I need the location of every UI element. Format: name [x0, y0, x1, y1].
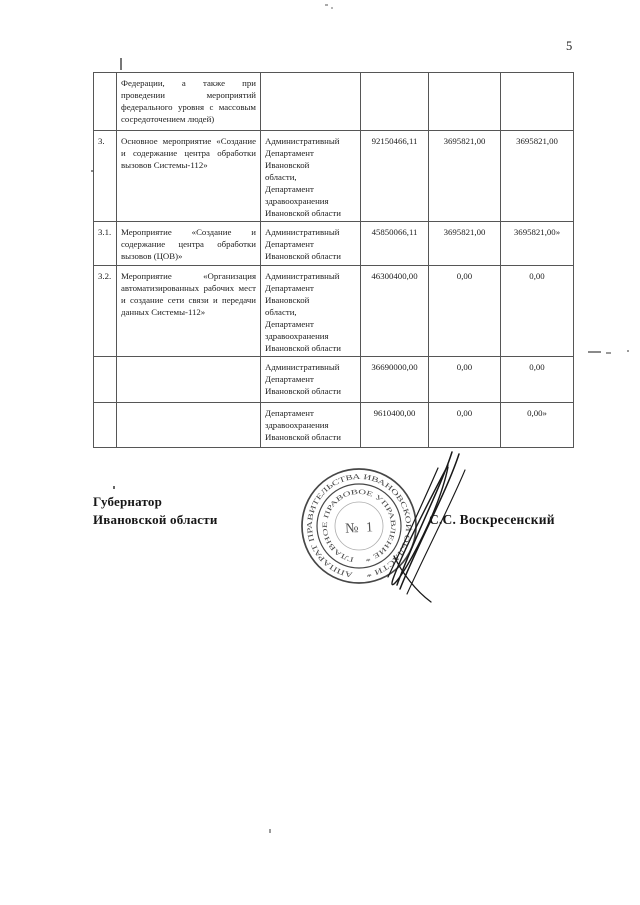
measure-name-cell: Основное мероприятие «Создание и содержа… [117, 131, 261, 222]
amount-cell: 0,00 [501, 357, 574, 403]
row-number-cell: 3.1. [94, 222, 117, 266]
amount-cell [429, 73, 501, 131]
table-row: 3.1. Мероприятие «Создание и содержание … [94, 222, 574, 266]
official-stamp: АППАРАТ ПРАВИТЕЛЬСТВА ИВАНОВСКОЙ ОБЛАСТИ… [302, 469, 416, 583]
measure-name-cell [117, 403, 261, 448]
scan-artifact [606, 352, 611, 354]
executor-cell [261, 73, 361, 131]
stamp-center-circle [335, 502, 383, 550]
amount-cell: 0,00 [429, 403, 501, 448]
amount-cell: 46300400,00 [361, 266, 429, 357]
scan-artifact [113, 486, 115, 489]
amount-cell: 0,00 [429, 266, 501, 357]
measure-name-cell: Мероприятие «Организация автоматизирован… [117, 266, 261, 357]
amount-cell [501, 73, 574, 131]
row-number-cell: 3. [94, 131, 117, 222]
amount-cell: 45850066,11 [361, 222, 429, 266]
table-row: 3. Основное мероприятие «Создание и соде… [94, 131, 574, 222]
scan-artifact [120, 58, 122, 70]
signer-title-line2: Ивановской области [93, 511, 218, 529]
executor-cell: Административный Департамент Ивановской … [261, 131, 361, 222]
program-table: Федерации, а также при проведении меропр… [93, 72, 574, 448]
measure-name-cell: Федерации, а также при проведении меропр… [117, 73, 261, 131]
page-number: 5 [566, 39, 572, 54]
amount-cell: 3695821,00» [501, 222, 574, 266]
amount-cell: 92150466,11 [361, 131, 429, 222]
table-row: Федерации, а также при проведении меропр… [94, 73, 574, 131]
signer-title-line1: Губернатор [93, 493, 218, 511]
table-row: 3.2. Мероприятие «Организация автоматизи… [94, 266, 574, 357]
row-number-cell [94, 403, 117, 448]
stamp-outer-text: АППАРАТ ПРАВИТЕЛЬСТВА ИВАНОВСКОЙ ОБЛАСТИ… [305, 472, 413, 580]
amount-cell: 0,00 [501, 266, 574, 357]
signer-name: С.С. Воскресенский [429, 512, 555, 528]
stamp-outer-circle [302, 469, 416, 583]
scan-artifact [269, 829, 271, 833]
amount-cell: 0,00 [429, 357, 501, 403]
amount-cell: 3695821,00 [429, 222, 501, 266]
amount-cell: 3695821,00 [429, 131, 501, 222]
amount-cell: 3695821,00 [501, 131, 574, 222]
executor-cell: Департамент здравоохранения Ивановской о… [261, 403, 361, 448]
amount-cell: 9610400,00 [361, 403, 429, 448]
amount-cell: 0,00» [501, 403, 574, 448]
scan-artifact [588, 351, 601, 353]
row-number-cell: 3.2. [94, 266, 117, 357]
executor-cell: Административный Департамент Ивановской … [261, 222, 361, 266]
scan-artifact [325, 4, 328, 6]
measure-name-cell: Мероприятие «Создание и содержание центр… [117, 222, 261, 266]
scan-artifact [627, 350, 629, 352]
scan-artifact [331, 7, 333, 9]
stamp-number-text: № 1 [345, 520, 376, 537]
stamp-middle-circle [317, 484, 401, 568]
executor-cell: Административный Департамент Ивановской … [261, 266, 361, 357]
svg-text:АППАРАТ ПРАВИТЕЛЬСТВА ИВАНОВ: АППАРАТ ПРАВИТЕЛЬСТВА ИВАНОВСКОЙ ОБЛАСТИ… [305, 472, 413, 580]
row-number-cell [94, 357, 117, 403]
table-row: Административный Департамент Ивановской … [94, 357, 574, 403]
executor-cell: Административный Департамент Ивановской … [261, 357, 361, 403]
amount-cell [361, 73, 429, 131]
signer-title: Губернатор Ивановской области [93, 493, 218, 528]
row-number-cell [94, 73, 117, 131]
table-row: Департамент здравоохранения Ивановской о… [94, 403, 574, 448]
svg-text:ГЛАВНОЕ ПРАВОВОЕ УПРАВЛЕНИЕ: ГЛАВНОЕ ПРАВОВОЕ УПРАВЛЕНИЕ * [322, 489, 396, 563]
stamp-inner-text: ГЛАВНОЕ ПРАВОВОЕ УПРАВЛЕНИЕ * [322, 489, 396, 563]
amount-cell: 36690000,00 [361, 357, 429, 403]
measure-name-cell [117, 357, 261, 403]
